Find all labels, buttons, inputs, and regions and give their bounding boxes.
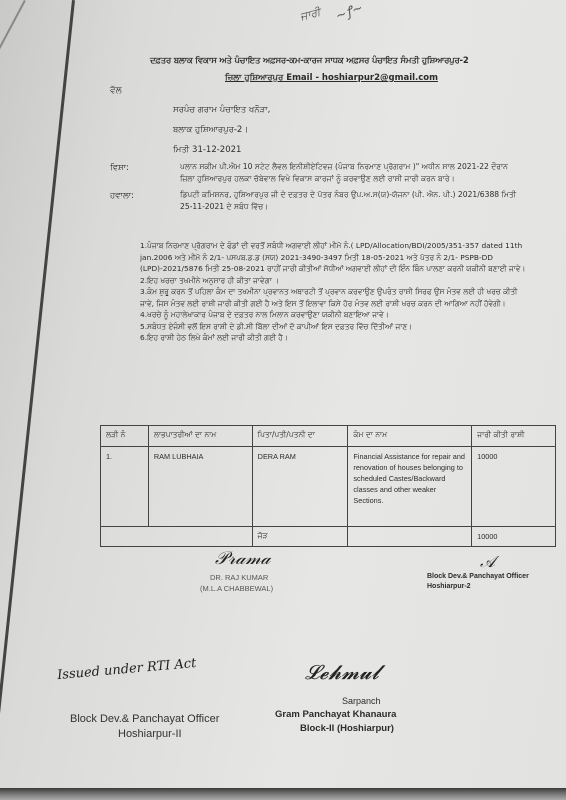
sarpanch-title: Sarpanch bbox=[342, 696, 381, 706]
instruction-item: 1.ਪੰਜਾਬ ਨਿਰਮਾਣ ਪ੍ਰੋਗਰਾਮ ਦੇ ਫੰਡਾਂ ਦੀ ਵਰਤੋ… bbox=[140, 240, 530, 275]
stamp-bdpo-title: Block Dev.& Panchayat Officer bbox=[70, 713, 219, 725]
cell-serial: 1. bbox=[101, 447, 149, 527]
col-work: ਕੰਮ ਦਾ ਨਾਮ bbox=[348, 426, 472, 447]
stamp-bdpo-location: Hoshiarpur-II bbox=[118, 728, 182, 740]
recipient-line2: ਬਲਾਕ ਹੁਸ਼ਿਆਰਪੁਰ-2। bbox=[173, 125, 248, 135]
instruction-item: 3.ਕੰਮ ਸ਼ੁਰੂ ਕਰਨ ਤੋਂ ਪਹਿਲਾ ਕੰਮ ਦਾ ਤਖਮੀਨਾ … bbox=[140, 286, 530, 309]
table-total-row: ਜੋੜ 10000 bbox=[101, 527, 556, 547]
subject-text: ਪਲਾਨ ਸਕੀਮ ਪੀ.ਐਮ 10 ਸਟੇਟ ਲੈਵਲ ਇਨੀਸ਼ੀਏਟਿਵਜ… bbox=[180, 161, 525, 185]
cell-relative: DERA RAM bbox=[252, 447, 348, 527]
instruction-item: 5.ਸਬੰਧਤ ਏਜੰਸੀ ਵਲੋਂ ਇਸ ਰਾਸ਼ੀ ਦੇ ਡੀ.ਸੀ ਬਿੱ… bbox=[140, 321, 530, 333]
total-amount: 10000 bbox=[472, 527, 556, 547]
mla-name: DR. RAJ KUMAR bbox=[210, 573, 268, 582]
reference-label: ਹਵਾਲਾ: bbox=[110, 191, 134, 201]
cell-work: Financial Assistance for repair and reno… bbox=[348, 447, 472, 527]
page-edge bbox=[0, 788, 566, 800]
recipient-line1: ਸਰਪੰਚ ਗਰਾਮ ਪੰਚਾਇਤ ਖਨੌੜਾ, bbox=[173, 105, 270, 115]
mla-title: (M.L.A CHABBEWAL) bbox=[200, 584, 273, 593]
cell-beneficiary: RAM LUBHAIA bbox=[148, 447, 252, 527]
bdpo-signature: 𝒜 bbox=[480, 552, 495, 572]
cell-amount: 10000 bbox=[472, 447, 556, 527]
sarpanch-gram-panchayat: Gram Panchayat Khanaura bbox=[275, 709, 396, 720]
col-relative: ਪਿਤਾ/ਪਤੀ/ਪਤਨੀ ਦਾ bbox=[252, 426, 348, 447]
release-table: ਲੜੀ ਨੰ ਲਾਭਪਾਤਰੀਆਂ ਦਾ ਨਾਮ ਪਿਤਾ/ਪਤੀ/ਪਤਨੀ ਦ… bbox=[100, 425, 556, 547]
mla-signature: 𝒫𝓇𝒶𝓂𝒶 bbox=[215, 548, 271, 569]
table-header-row: ਲੜੀ ਨੰ ਲਾਭਪਾਤਰੀਆਂ ਦਾ ਨਾਮ ਪਿਤਾ/ਪਤੀ/ਪਤਨੀ ਦ… bbox=[101, 426, 556, 447]
total-label: ਜੋੜ bbox=[252, 527, 348, 547]
instructions-list: 1.ਪੰਜਾਬ ਨਿਰਮਾਣ ਪ੍ਰੋਗਰਾਮ ਦੇ ਫੰਡਾਂ ਦੀ ਵਰਤੋ… bbox=[140, 240, 530, 344]
to-label: ਵੱਲ bbox=[110, 86, 122, 96]
instruction-item: 2.ਇਹ ਖਰਚਾ ਤਖਮੀਨੇ ਅਨੁਸਾਰ ਹੀ ਕੀਤਾ ਜਾਵੇਗਾ । bbox=[140, 275, 530, 287]
subject-label: ਵਿਸ਼ਾ: bbox=[110, 163, 129, 173]
col-amount: ਜਾਰੀ ਕੀਤੀ ਰਾਸ਼ੀ bbox=[472, 426, 556, 447]
instruction-item: 4.ਖਰਚੇ ਨੂੰ ਮਹਾਲੇਖਾਕਾਰ ਪੰਜਾਬ ਦੇ ਦਫ਼ਤਰ ਨਾਲ… bbox=[140, 309, 530, 321]
table-row: 1. RAM LUBHAIA DERA RAM Financial Assist… bbox=[101, 447, 556, 527]
col-serial: ਲੜੀ ਨੰ bbox=[101, 426, 149, 447]
sarpanch-block: Block-II (Hoshiarpur) bbox=[300, 723, 394, 734]
office-header: ਦਫ਼ਤਰ ਬਲਾਕ ਵਿਕਾਸ ਅਤੇ ਪੰਚਾਇਤ ਅਫ਼ਸਰ-ਕਮ-ਕਾਰ… bbox=[150, 56, 469, 66]
reference-text: ਡਿਪਟੀ ਕਮਿਸ਼ਨਰ, ਹੁਸ਼ਿਆਰਪੁਰ ਜੀ ਦੇ ਦਫ਼ਤਰ ਦੇ… bbox=[180, 189, 525, 213]
bdpo-location: Hoshiarpur-2 bbox=[427, 583, 471, 590]
sarpanch-signature: 𝓛𝓮𝓱𝓶𝓾𝓵 bbox=[305, 660, 379, 684]
bdpo-title: Block Dev.& Panchayat Officer bbox=[427, 573, 529, 580]
district-email: ਜ਼ਿਲਾ ਹੁਸ਼ਿਆਰਪੁਰ Email - hoshiarpur2@gma… bbox=[225, 73, 438, 83]
col-beneficiary: ਲਾਭਪਾਤਰੀਆਂ ਦਾ ਨਾਮ bbox=[148, 426, 252, 447]
instruction-item: 6.ਇਹ ਰਾਸ਼ੀ ਹੇਠ ਲਿਖੇ ਕੰਮਾਂ ਲਈ ਜਾਰੀ ਕੀਤੀ ਗ… bbox=[140, 332, 530, 344]
letter-date: ਮਿਤੀ 31-12-2021 bbox=[173, 145, 241, 155]
